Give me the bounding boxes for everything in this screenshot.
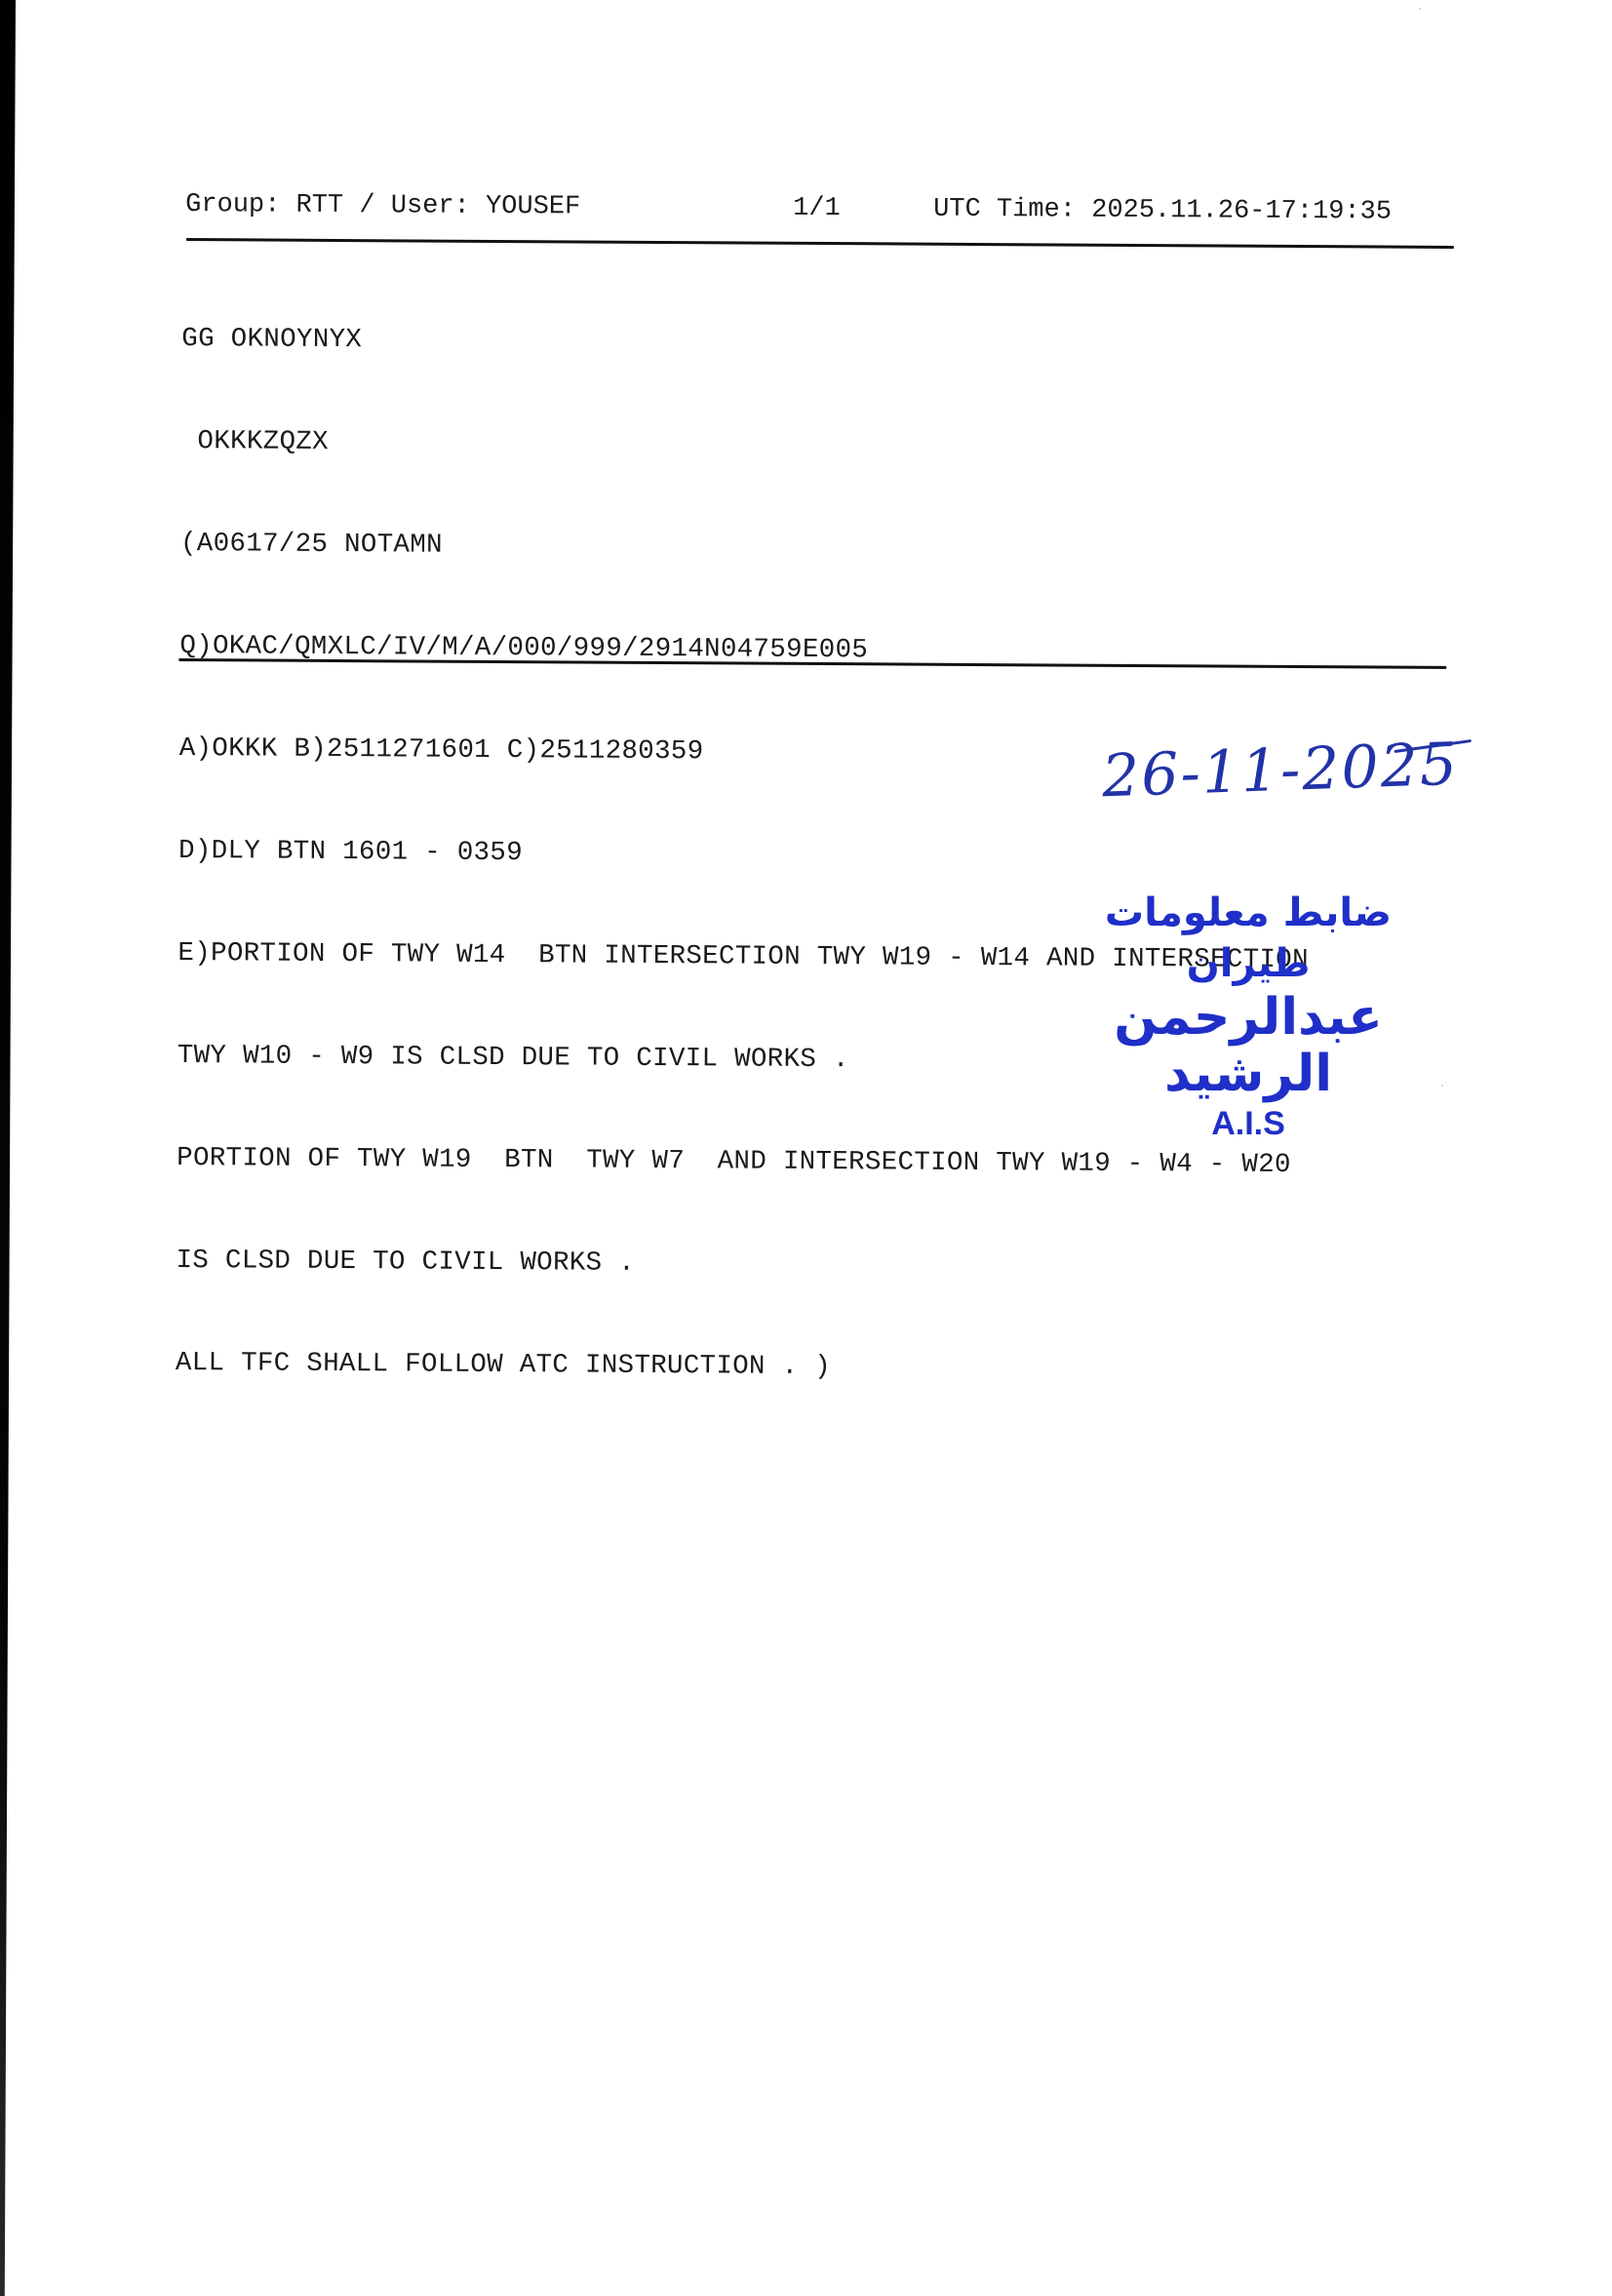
handwritten-date: 26-11-2025 (1101, 731, 1460, 812)
notam-printout: Group: RTT / User: YOUSEF 1/1 UTC Time: … (0, 0, 1612, 2296)
message-line-e4: IS CLSD DUE TO CIVIL WORKS . (176, 1244, 1473, 1286)
ais-officer-stamp: ضابط معلومات طيران عبدالرحمن الرشيد A.I.… (1063, 888, 1434, 1143)
message-line-addressee: GG OKNOYNYX (181, 322, 1478, 364)
page-counter: 1/1 (793, 189, 841, 228)
stamp-unit: A.I.S (1063, 1104, 1434, 1143)
message-line-e5: ALL TFC SHALL FOLLOW ATC INSTRUCTION . ) (176, 1346, 1473, 1388)
utc-timestamp: UTC Time: 2025.11.26-17:19:35 (933, 190, 1392, 232)
stamp-name: عبدالرحمن الرشيد (1063, 989, 1434, 1102)
message-line-notam-id: (A0617/25 NOTAMN (180, 527, 1477, 569)
group-user-label: Group: RTT / User: YOUSEF (185, 185, 580, 226)
print-header: Group: RTT / User: YOUSEF 1/1 UTC Time: … (185, 185, 1463, 232)
message-line-e3: PORTION OF TWY W19 BTN TWY W7 AND INTERS… (177, 1141, 1474, 1183)
message-line-originator: OKKKZQZX (181, 424, 1478, 466)
message-line-d: D)DLY BTN 1601 - 0359 (178, 834, 1475, 876)
header-divider (186, 238, 1454, 249)
scan-speck (1419, 8, 1421, 10)
scan-speck (1441, 1085, 1443, 1087)
stamp-title: ضابط معلومات طيران (1063, 888, 1434, 989)
notam-message: GG OKNOYNYX OKKKZQZX (A0617/25 NOTAMN Q)… (175, 254, 1478, 1456)
